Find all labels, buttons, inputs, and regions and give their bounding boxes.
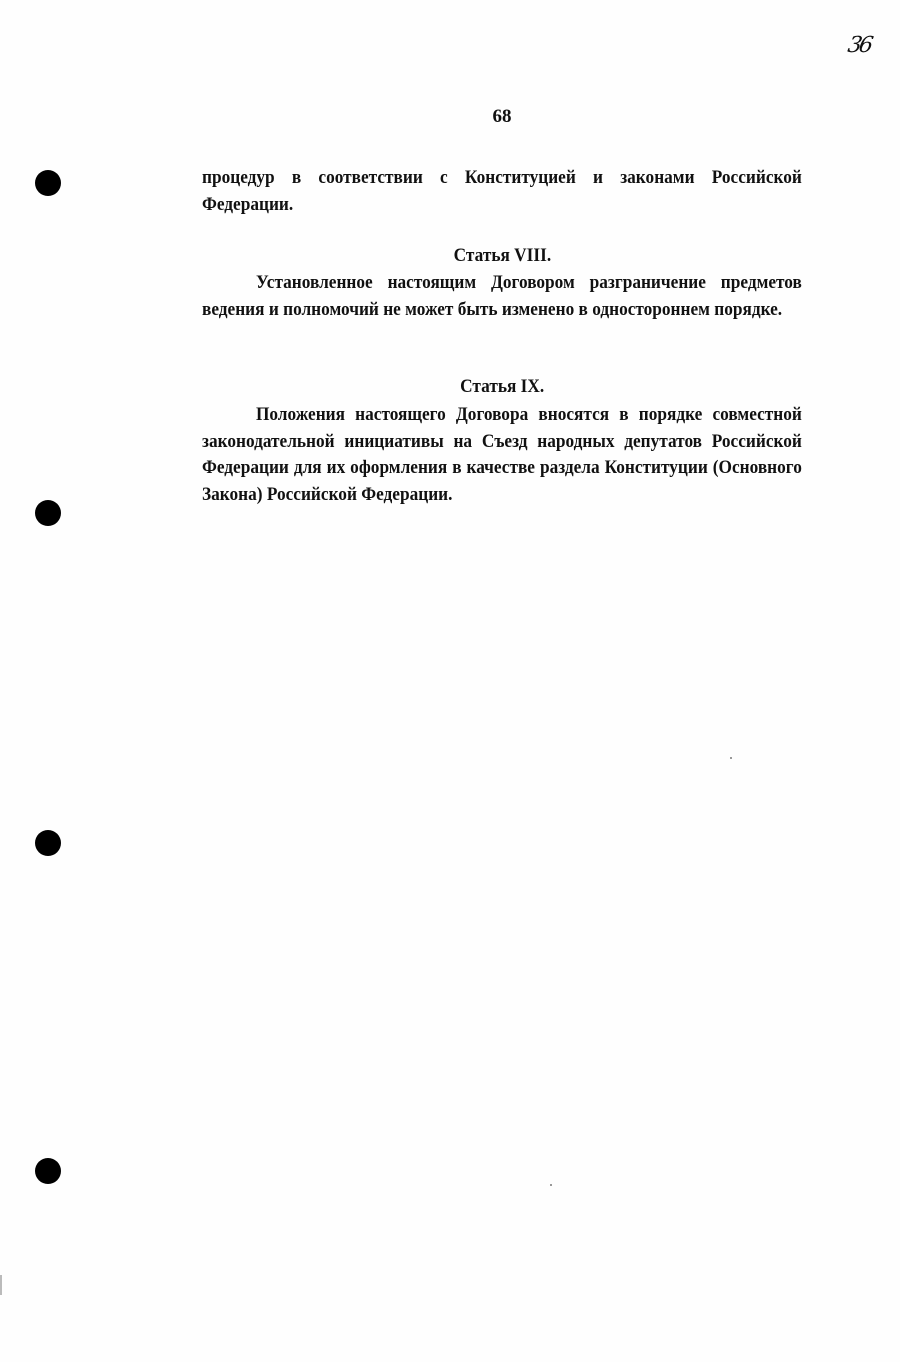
continuation-text: процедур в соответствии с Конституцией и…	[202, 165, 802, 218]
scan-speck	[730, 757, 732, 759]
handwritten-sheet-number: 36	[846, 33, 872, 58]
article-9-text: Положения настоящего Договора вносятся в…	[202, 402, 802, 508]
punch-hole-1	[35, 170, 61, 196]
article-8-body: Установленное настоящим Договором разгра…	[202, 270, 802, 323]
punch-hole-4	[35, 1158, 61, 1184]
page-number: 68	[0, 106, 900, 128]
scan-edge-mark	[0, 1275, 2, 1295]
article-8-title-text: Статья VIII.	[453, 245, 550, 267]
document-page: 36 68 процедур в соответствии с Конститу…	[0, 0, 900, 1362]
punch-hole-3	[35, 830, 61, 856]
article-8-title: Статья VIII.	[202, 245, 802, 267]
punch-hole-2	[35, 500, 61, 526]
article-8-text: Установленное настоящим Договором разгра…	[202, 270, 802, 323]
continuation-paragraph: процедур в соответствии с Конституцией и…	[202, 165, 802, 218]
article-9-title: Статья IX.	[202, 376, 802, 398]
scan-speck	[550, 1184, 552, 1186]
article-9-title-text: Статья IX.	[460, 376, 544, 398]
article-9-body: Положения настоящего Договора вносятся в…	[202, 402, 802, 508]
